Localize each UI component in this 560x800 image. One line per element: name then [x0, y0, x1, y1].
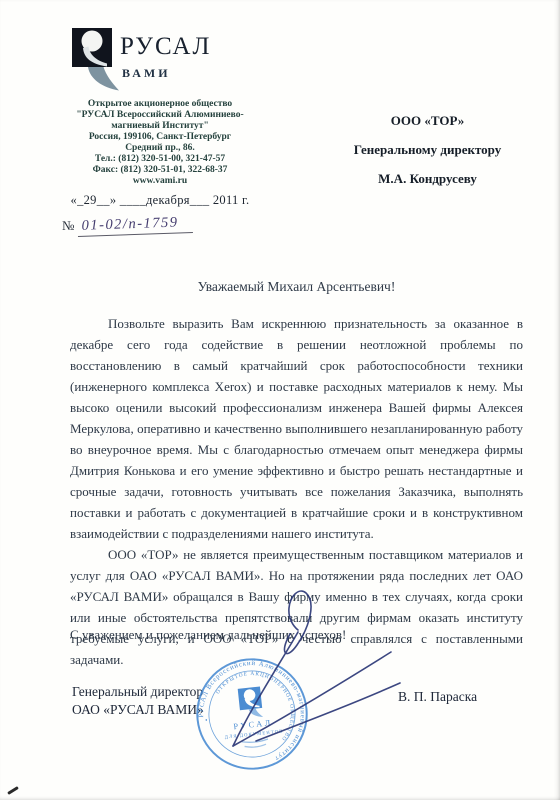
- recipient-company: ООО «ТОР»: [350, 113, 505, 129]
- letterhead-website: www.vami.ru: [38, 176, 282, 187]
- brand-wordmark: РУСАЛ: [120, 33, 211, 61]
- scan-artifact: [7, 786, 19, 795]
- recipient-name: М.А. Кондрусеву: [350, 171, 505, 187]
- stamp-brand-text: РУСАЛ: [233, 718, 273, 731]
- signer-name: В. П. Параска: [398, 689, 477, 705]
- letterhead-line: "РУСАЛ Всероссийский Алюминиево-: [38, 110, 282, 121]
- outgoing-number-row: № 01-02/п-1759: [62, 218, 193, 237]
- recipient-block: ООО «ТОР» Генеральному директору М.А. Ко…: [350, 113, 505, 200]
- letterhead-line: Россия, 199106, Санкт-Петербург: [38, 132, 282, 143]
- stamp-microtext-line: [242, 739, 269, 743]
- letterhead-line: Факс: (812) 320-51-01, 322-68-37: [38, 165, 282, 176]
- brand-subsidiary: ВАМИ: [122, 66, 171, 81]
- letterhead-line: Открытое акционерное общество: [38, 99, 282, 110]
- closing-line: С уважением и пожеланием дальнейших успе…: [70, 627, 346, 643]
- salutation: Уважаемый Михаил Арсентьевич!: [70, 279, 523, 295]
- signer-title-block: Генеральный директор ОАО «РУСАЛ ВАМИ»: [72, 683, 204, 718]
- letterhead-line: магниевый Институт": [38, 121, 282, 132]
- body-paragraph: Позвольте выразить Вам искреннюю признат…: [70, 313, 523, 544]
- stamp-separator-left: •: [205, 717, 208, 724]
- letterhead-block: Открытое акционерное общество "РУСАЛ Все…: [38, 99, 282, 187]
- stamp-separator-right: •: [294, 708, 297, 715]
- letterhead-line: Тел.: (812) 320-51-00, 321-47-57: [38, 154, 282, 165]
- signer-title: Генеральный директор: [72, 683, 204, 701]
- rusal-logo-icon: [72, 28, 122, 92]
- stamp-microtext-line: [245, 744, 267, 748]
- number-label: №: [62, 218, 74, 233]
- recipient-position: Генеральному директору: [350, 142, 505, 158]
- letter-body: Позвольте выразить Вам искреннюю признат…: [70, 313, 523, 670]
- letter-page: РУСАЛ ВАМИ Открытое акционерное общество…: [0, 0, 560, 800]
- company-stamp: РУСАЛ Всероссийский Алюминиево-магниевый…: [188, 650, 315, 777]
- stamp-logo-icon: [238, 687, 263, 720]
- handwritten-number: 01-02/п-1759: [77, 214, 193, 237]
- date-line: «_29__» ____декабря___ 2011 г.: [38, 193, 282, 208]
- letterhead-line: Средний пр., 86.: [38, 143, 282, 154]
- signer-company: ОАО «РУСАЛ ВАМИ»: [72, 701, 204, 719]
